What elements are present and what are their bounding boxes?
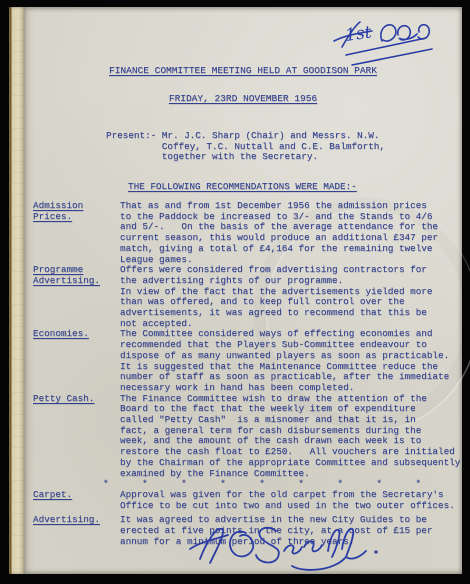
- section-body: Approval was given for the old carpet fr…: [120, 490, 458, 511]
- section-programme-advertising: Programme Advertising. Offers were consi…: [33, 265, 458, 329]
- section-economies: Economies. The Committee considered ways…: [33, 329, 458, 393]
- section-heading: Programme Advertising.: [33, 265, 120, 286]
- attendees-paragraph: Present:- Mr. J.C. Sharp (Chair) and Mes…: [106, 131, 385, 163]
- section-heading: Advertising.: [33, 515, 120, 526]
- signature-handwritten: [184, 519, 384, 577]
- section-heading: Admission Prices.: [33, 201, 120, 222]
- section-carpet: Carpet. Approval was given for the old c…: [33, 490, 458, 511]
- section-heading: Economies.: [33, 329, 120, 340]
- filing-mark-text: 1st: [344, 22, 373, 45]
- document-page: 1st FINANCE COMMITTEE MEETING HELD AT GO…: [24, 7, 462, 574]
- section-heading: Carpet.: [33, 490, 120, 501]
- section-heading: Petty Cash.: [33, 394, 120, 405]
- scanned-document: 1st FINANCE COMMITTEE MEETING HELD AT GO…: [0, 0, 470, 584]
- document-title: FINANCE COMMITTEE MEETING HELD AT GOODIS…: [24, 66, 462, 77]
- section-body: Offers were considered from advertising …: [120, 265, 458, 329]
- recommendations-heading: THE FOLLOWING RECOMMENDATIONS WERE MADE:…: [128, 182, 357, 193]
- section-body: The Finance Committee wish to draw the a…: [120, 394, 460, 480]
- section-body: That as and from 1st December 1956 the a…: [120, 201, 458, 265]
- section-body: The Committee considered ways of effecti…: [120, 329, 458, 393]
- minutes-body: Admission Prices. That as and from 1st D…: [33, 201, 458, 548]
- meeting-date: FRIDAY, 23RD NOVEMBER 1956: [24, 94, 462, 105]
- section-petty-cash: Petty Cash. The Finance Committee wish t…: [33, 394, 458, 480]
- section-admission-prices: Admission Prices. That as and from 1st D…: [33, 201, 458, 265]
